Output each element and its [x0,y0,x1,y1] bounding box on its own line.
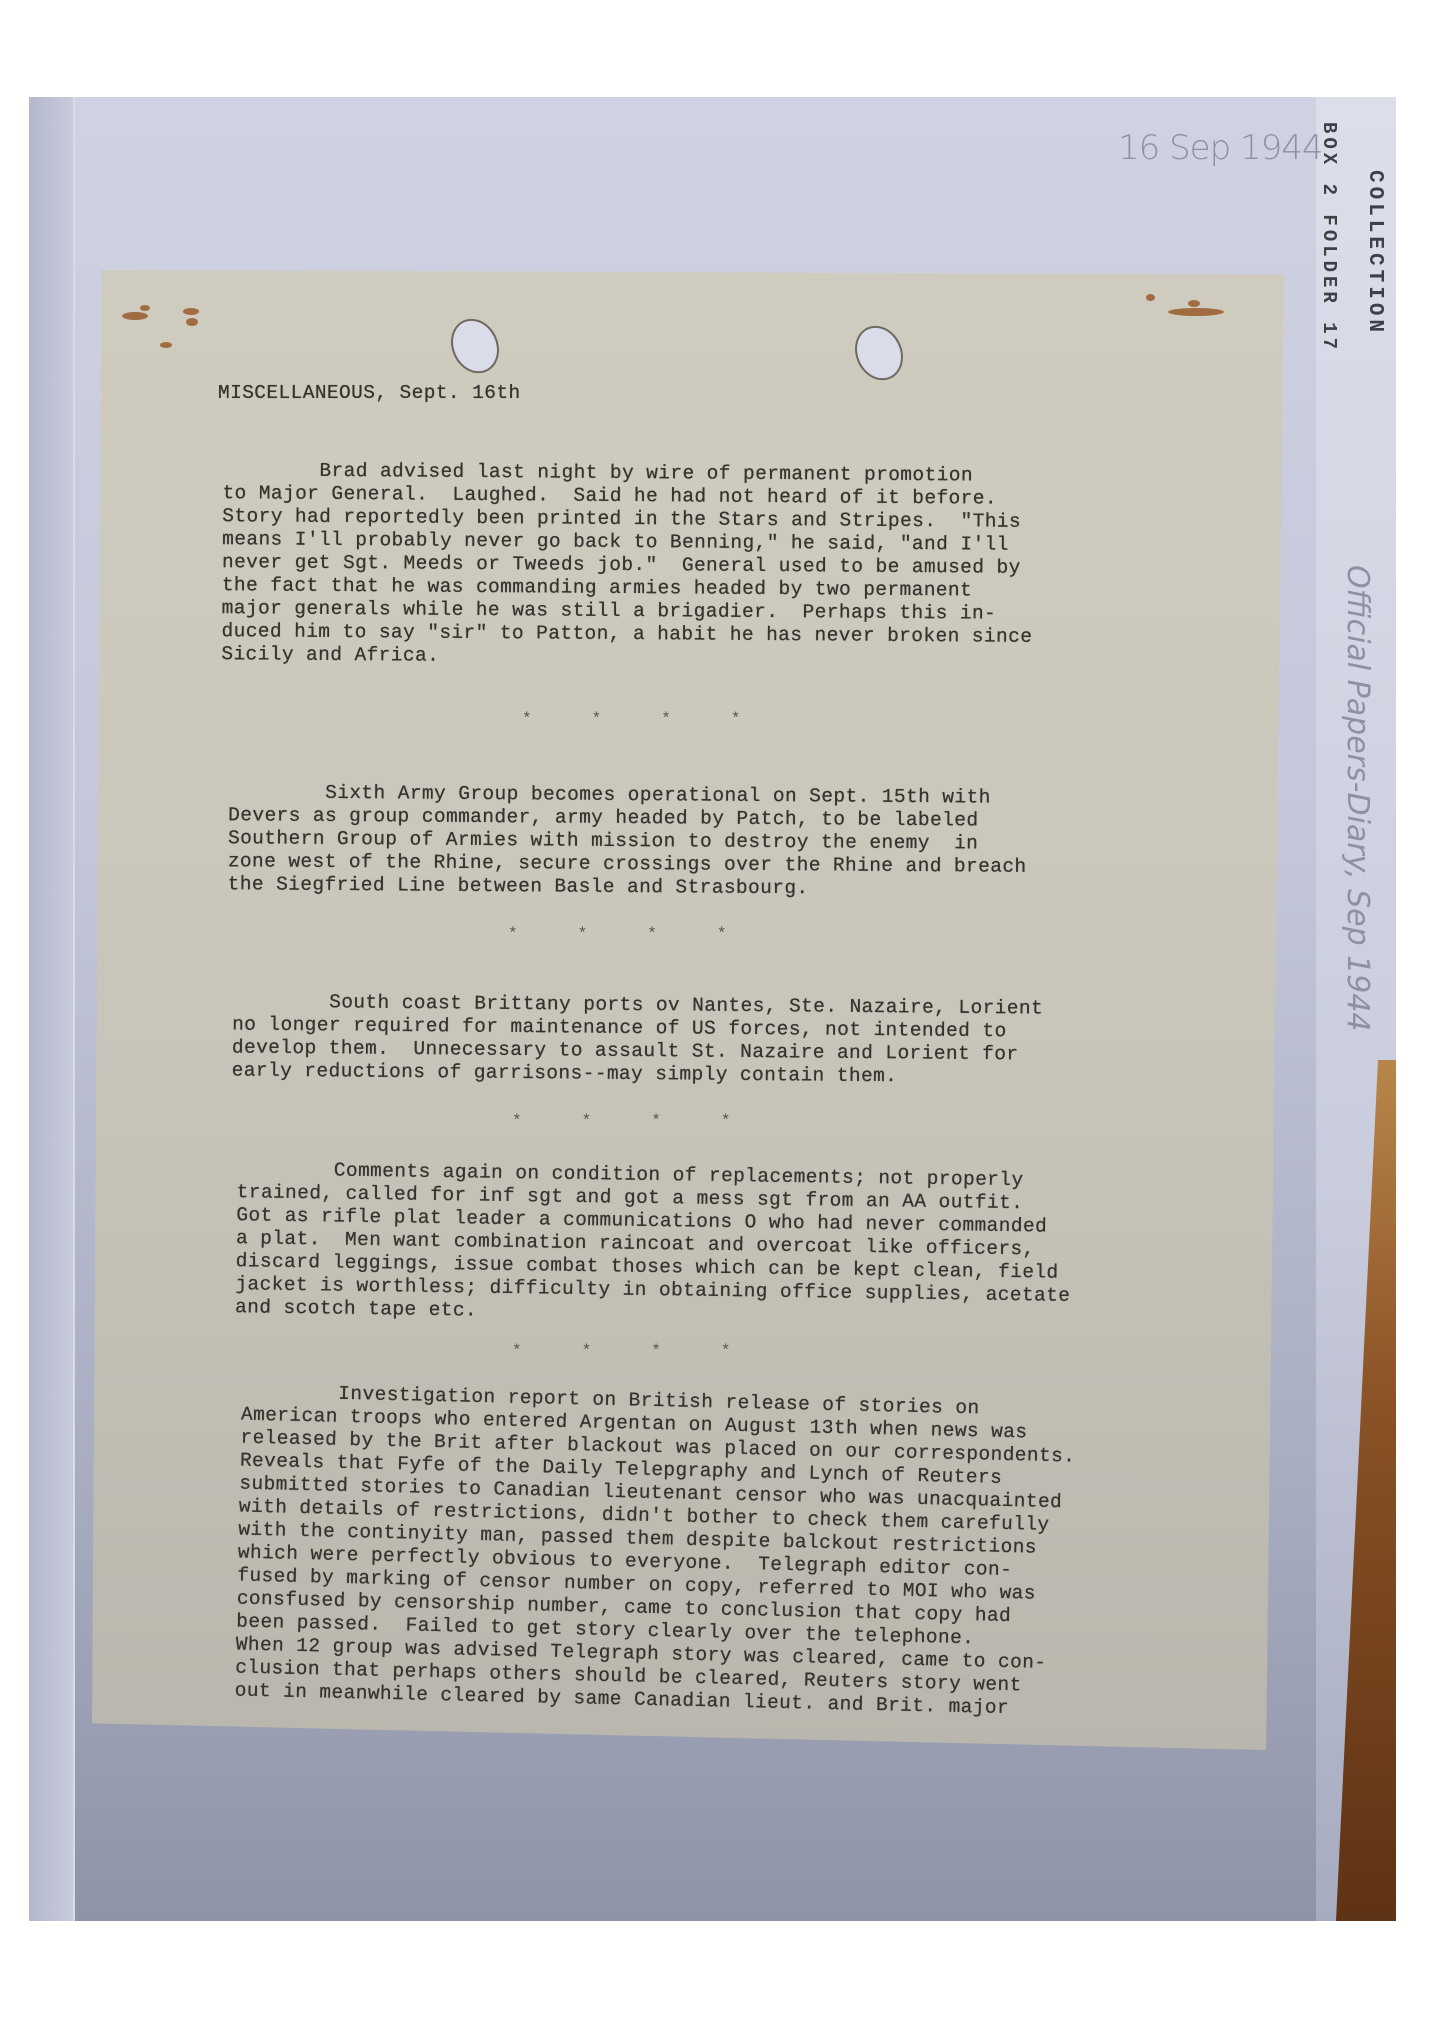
staple-rust-mark [186,318,198,326]
section-separator: * * * * [522,710,742,728]
section-separator: * * * * [512,1112,732,1130]
folder-spine [29,97,75,1921]
handwritten-date: 16 Sep 1944 [1118,128,1323,168]
staple-rust-mark [183,308,199,315]
staple-rust-mark [1146,294,1155,301]
paragraph-sixth-army-group: Sixth Army Group becomes operational on … [228,781,1028,902]
staple-rust-mark [140,305,150,311]
section-separator: * * * * [512,1342,732,1360]
handwritten-folder-label: Official Papers-Diary, Sep 1944 [1340,565,1375,1032]
staple-rust-mark [160,342,172,348]
paragraph-investigation-report: Investigation report on British release … [234,1381,1076,1722]
section-separator: * * * * [508,925,728,943]
paragraph-brittany-ports: South coast Brittany ports ov Nantes, St… [232,990,1044,1089]
staple-rust-mark [1188,300,1200,307]
page-heading: MISCELLANEOUS, Sept. 16th [218,382,521,405]
staple-rust-mark [1168,308,1224,316]
paragraph-replacements: Comments again on condition of replaceme… [235,1158,1072,1331]
box-folder-stamp: BOX 2 FOLDER 17 [1318,122,1340,353]
staple-rust-mark [122,312,148,320]
paragraph-promotion: Brad advised last night by wire of perma… [221,459,1033,672]
collection-stamp: COLLECTION [1363,170,1386,336]
